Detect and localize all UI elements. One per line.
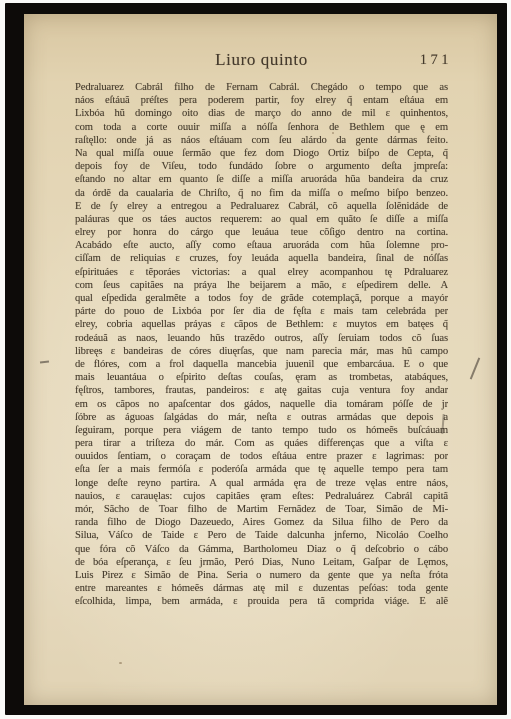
- text-line: ſóbre as águoas ſalgádas do már, neſta ɛ…: [75, 411, 448, 424]
- text-line: rodeáuã as naos, leuando hũs trazẽdo out…: [75, 332, 448, 345]
- page-number: 171: [420, 52, 452, 69]
- text-line: ouuidos ſentiam, o coraçam de todos eſtá…: [75, 450, 448, 463]
- text-line: E de ſy elrey a entregou a Pedraluarez C…: [75, 200, 448, 213]
- text-line: eſpirituáes ɛ tẽporáes victorias: a qual…: [75, 266, 448, 279]
- text-line: elrey por honra do cárgo que leuáua teue…: [75, 226, 448, 239]
- text-line: eſta ſer a mais fermóſa ɛ poderóſa armád…: [75, 463, 448, 476]
- text-line: Lixbóa hũ domingo oito dias de março do …: [75, 107, 448, 120]
- running-header: Liuro quinto 171: [75, 50, 448, 81]
- text-line: entre mareantes ɛ hómeẽs dármas atę mil …: [75, 582, 448, 595]
- text-line: eſtando no altar em quanto ſe diſſe a mi…: [75, 173, 448, 186]
- text-line: com toda a corte ouuir miſſa a nóſſa ſen…: [75, 121, 448, 134]
- text-line: pera tirar a triſteza do már. Com as quá…: [75, 437, 448, 450]
- text-line: qual eſpedida geralmẽte a todos foy de g…: [75, 292, 448, 305]
- pencil-slash-right-margin: [470, 357, 480, 379]
- text-line: párte do pouo de Lixbóa por ſer dia de f…: [75, 305, 448, 318]
- photo-frame: Liuro quinto 171 Pedraluarez Cabrál filh…: [5, 3, 507, 715]
- text-line: nauios, ɛ carauęlas: cujos capitães ęram…: [75, 490, 448, 503]
- text-line: eſcolhida, limpa, bem armáda, ɛ prouida …: [75, 595, 448, 608]
- text-block: Liuro quinto 171 Pedraluarez Cabrál filh…: [75, 50, 448, 609]
- text-line: Pedraluarez Cabrál filho de Fernam Cabrá…: [75, 81, 448, 94]
- text-line: Acabádo eſte aucto, aſſy como eſtaua aru…: [75, 239, 448, 252]
- scan-canvas: Liuro quinto 171 Pedraluarez Cabrál filh…: [0, 0, 511, 719]
- text-line: Na qual miſſa ouue ſermão que fez dom Di…: [75, 147, 448, 160]
- text-line: da órdẽ da caualaria de Chriſto, q̃ no f…: [75, 187, 448, 200]
- pencil-dash-left-margin: [40, 361, 49, 364]
- text-line: libreęs ɛ bandeiras de córes diuęrſas, q…: [75, 345, 448, 358]
- book-page: Liuro quinto 171 Pedraluarez Cabrál filh…: [24, 14, 497, 705]
- text-line: paláuras que os táes auctos requerem: ao…: [75, 213, 448, 226]
- text-line: depois foy de Viſeu, todo fundádo ſobre …: [75, 160, 448, 173]
- text-line: raſtęllo: onde já as náos eſtáuam com ſe…: [75, 134, 448, 147]
- text-line: em os cãpos no apaſcentar dos gádos, naq…: [75, 398, 448, 411]
- text-line: ſeguiram, porque pera viágem de tanto te…: [75, 424, 448, 437]
- text-line: mais leuantáua o eſpirito deſtas couſas,…: [75, 371, 448, 384]
- text-line: Silua, Váſco de Taide ɛ Pero de Taide da…: [75, 529, 448, 542]
- text-line: mór, Sãcho de Toar filho de Martim Fernã…: [75, 503, 448, 516]
- page-title: Liuro quinto: [75, 50, 448, 70]
- text-line: fęſtros, tambores, frautas, pandeiros: ɛ…: [75, 384, 448, 397]
- paper-speck: [354, 604, 357, 606]
- text-line: longe deſte reyno partira. A qual armáda…: [75, 477, 448, 490]
- body-paragraph: Pedraluarez Cabrál filho de Fernam Cabrá…: [75, 81, 448, 609]
- paper-speck: [332, 132, 334, 134]
- text-line: de flóres, com a frol daquella mancebia …: [75, 358, 448, 371]
- text-line: ciſſam de reliquias ɛ cruzes, foy leuáda…: [75, 252, 448, 265]
- text-line: randa filho de Diogo Dazeuedo, Aires Gom…: [75, 516, 448, 529]
- text-line: de bóa eſperança, ɛ ſeu jrmão, Peró Dias…: [75, 556, 448, 569]
- text-line: que fóra cõ Váſco da Gámma, Bartholomeu …: [75, 543, 448, 556]
- text-line: náos eſtáuã préſtes pera poderem partir,…: [75, 94, 448, 107]
- text-line: com ſeus capitães na práya lhe beijarem …: [75, 279, 448, 292]
- text-line: Luis Pirez ɛ Simão de Pina. Seria o nume…: [75, 569, 448, 582]
- paper-speck: [119, 662, 122, 664]
- text-line: elrey, cobria aquellas práyas ɛ cãpos de…: [75, 318, 448, 331]
